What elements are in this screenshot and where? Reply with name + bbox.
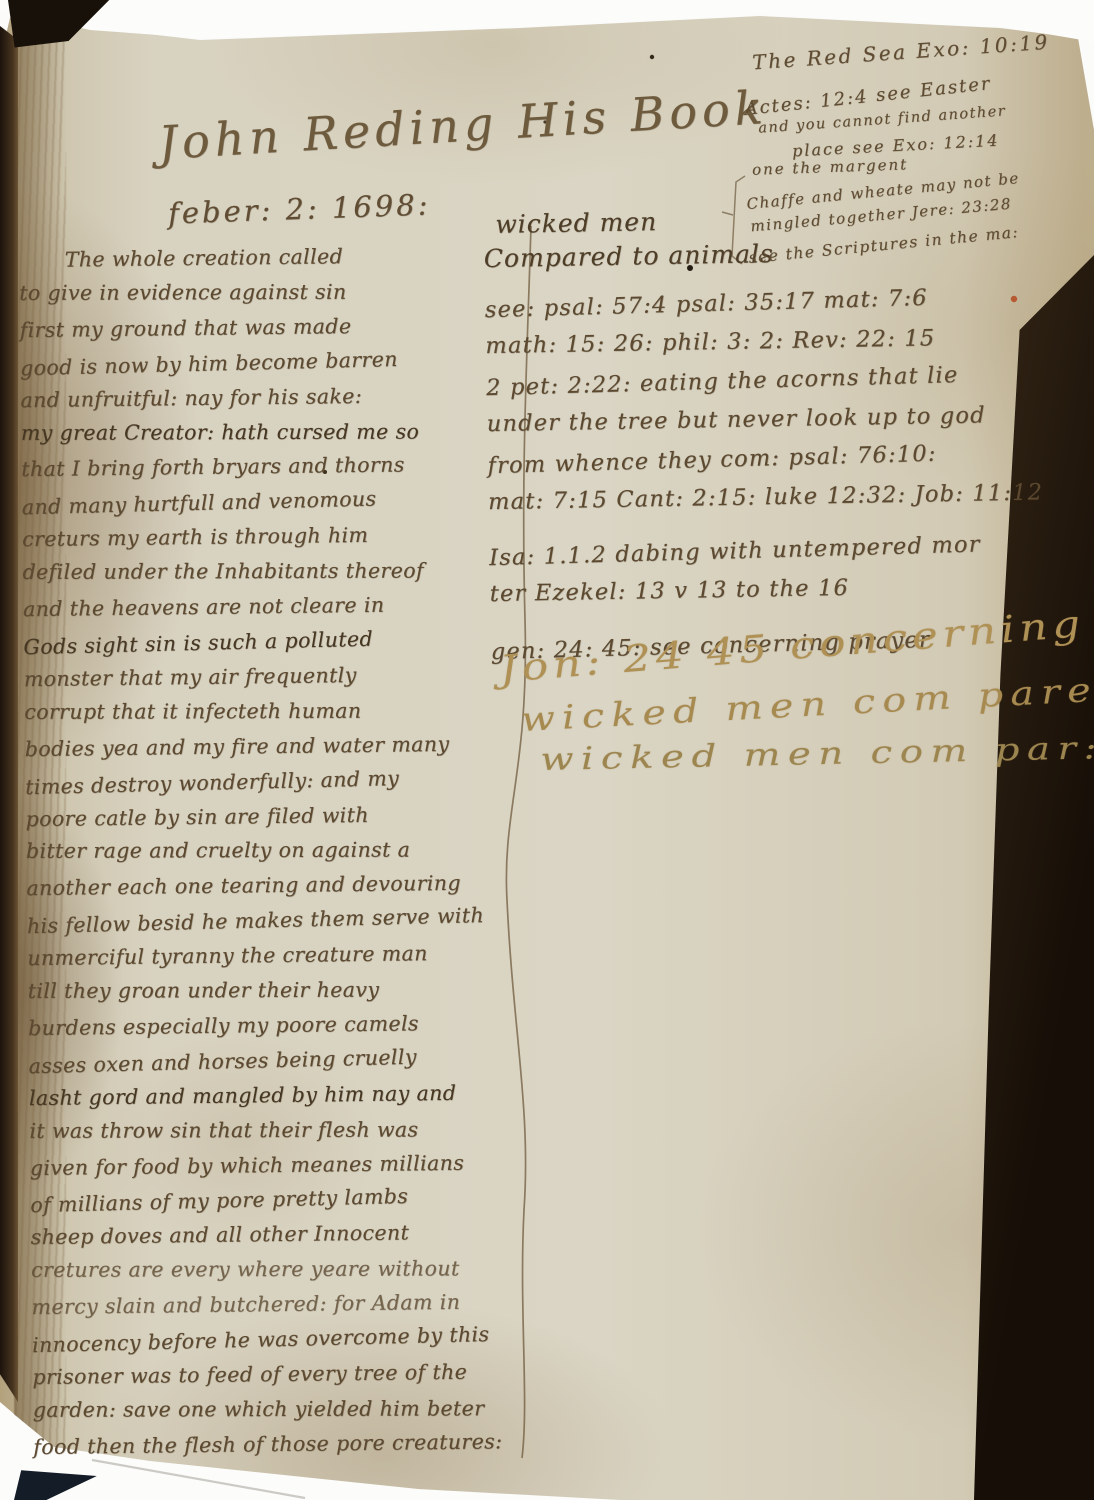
manuscript-line: garden: save one which yielded him beter [33, 1391, 538, 1428]
manuscript-line: bitter rage and cruelty on against a [26, 833, 531, 870]
manuscript-line: corrupt that it infecteth human [24, 693, 529, 730]
manuscript-line: food then the flesh of those pore creatu… [33, 1424, 538, 1465]
manuscript-line: my great Creator: hath cursed me so [21, 414, 526, 451]
right-text-column: wicked men Compared to animals see: psal… [483, 198, 1076, 669]
manuscript-line: The whole creation called [19, 237, 524, 278]
manuscript-line: till they groan under their heavy [28, 972, 533, 1009]
manuscript-line: defiled under the Inhabitants thereof [23, 553, 528, 590]
book-binding-edge [0, 26, 18, 1416]
manuscript-line: cretures are every where yeare without [31, 1251, 536, 1288]
manuscript-line: to give in evidence against sin [19, 274, 524, 311]
manuscript-line: it was throw sin that their flesh was [29, 1112, 534, 1149]
manuscript-photo: John Reding His Book feber: 2: 1698: The… [0, 0, 1094, 1500]
left-text-column: The whole creation called to give in evi… [19, 237, 539, 1465]
